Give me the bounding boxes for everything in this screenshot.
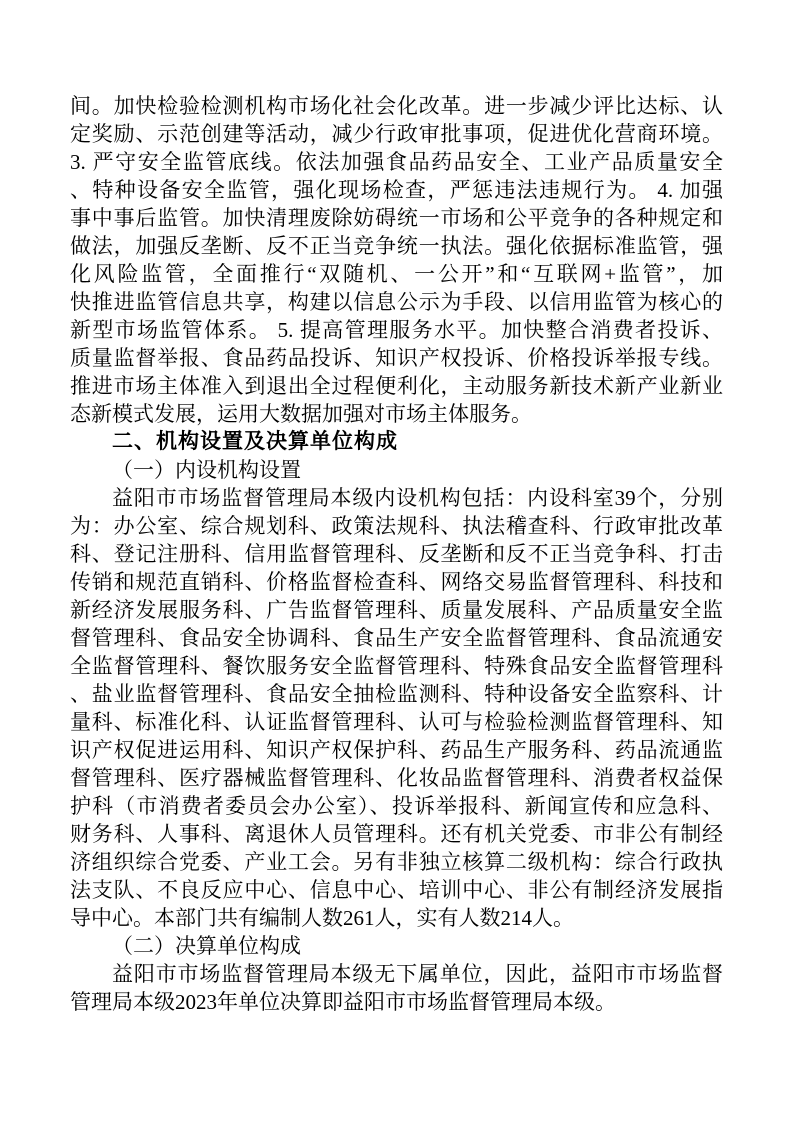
text-line: 做法，加强反垄断、反不正当竞争统一执法。强化依据标准监管，强 (70, 232, 723, 260)
text-line: 督管理科、食品安全协调科、食品生产安全监督管理科、食品流通安 (70, 624, 723, 652)
text-line: 财务科、人事科、离退休人员管理科。还有机关党委、市非公有制经 (70, 820, 723, 848)
text-line: 济组织综合党委、产业工会。另有非独立核算二级机构：综合行政执 (70, 848, 723, 876)
text-line: 、特种设备安全监管，强化现场检查，严惩违法违规行为。 4. 加强 (70, 176, 723, 204)
text-line: 快推进监管信息共享，构建以信息公示为手段、以信用监管为核心的 (70, 288, 723, 316)
text-line: 传销和规范直销科、价格监督检查科、网络交易监督管理科、科技和 (70, 568, 723, 596)
text-line: 新型市场监管体系。 5. 提高管理服务水平。加快整合消费者投诉、 (70, 316, 723, 344)
text-line: 益阳市市场监督管理局本级内设机构包括：内设科室39个，分别 (70, 484, 723, 512)
section-heading: 二、机构设置及决算单位构成 (70, 428, 723, 456)
text-line: 为：办公室、综合规划科、政策法规科、执法稽查科、行政审批改革 (70, 512, 723, 540)
text-line: 间。加快检验检测机构市场化社会化改革。进一步减少评比达标、认 (70, 92, 723, 120)
text-line: 科、登记注册科、信用监督管理科、反垄断和反不正当竞争科、打击 (70, 540, 723, 568)
sub-heading: （二）决算单位构成 (70, 932, 723, 960)
text-line: 管理局本级2023年单位决算即益阳市市场监督管理局本级。 (70, 988, 723, 1016)
text-line: 3. 严守安全监管底线。依法加强食品药品安全、工业产品质量安全 (70, 148, 723, 176)
sub-heading: （一）内设机构设置 (70, 456, 723, 484)
text-line: 、盐业监督管理科、食品安全抽检监测科、特种设备安全监察科、计 (70, 680, 723, 708)
document-lines: 间。加快检验检测机构市场化社会化改革。进一步减少评比达标、认定奖励、示范创建等活… (70, 92, 723, 1016)
text-line: 益阳市市场监督管理局本级无下属单位，因此，益阳市市场监督 (70, 960, 723, 988)
text-line: 化风险监管，全面推行“双随机、一公开”和“互联网+监管”，加 (70, 260, 723, 288)
text-line: 全监督管理科、餐饮服务安全监督管理科、特殊食品安全监督管理科 (70, 652, 723, 680)
text-line: 识产权促进运用科、知识产权保护科、药品生产服务科、药品流通监 (70, 736, 723, 764)
text-line: 事中事后监管。加快清理废除妨碍统一市场和公平竞争的各种规定和 (70, 204, 723, 232)
text-line: 态新模式发展，运用大数据加强对市场主体服务。 (70, 400, 723, 428)
text-line: 量科、标准化科、认证监督管理科、认可与检验检测监督管理科、知 (70, 708, 723, 736)
document-page: 间。加快检验检测机构市场化社会化改革。进一步减少评比达标、认定奖励、示范创建等活… (0, 0, 793, 1122)
text-line: 督管理科、医疗器械监督管理科、化妆品监督管理科、消费者权益保 (70, 764, 723, 792)
text-line: 导中心。本部门共有编制人数261人，实有人数214人。 (70, 904, 723, 932)
text-line: 质量监督举报、食品药品投诉、知识产权投诉、价格投诉举报专线。 (70, 344, 723, 372)
text-line: 新经济发展服务科、广告监督管理科、质量发展科、产品质量安全监 (70, 596, 723, 624)
text-line: 法支队、不良反应中心、信息中心、培训中心、非公有制经济发展指 (70, 876, 723, 904)
text-line: 定奖励、示范创建等活动，减少行政审批事项，促进优化营商环境。 (70, 120, 723, 148)
text-line: 护科（市消费者委员会办公室）、投诉举报科、新闻宣传和应急科、 (70, 792, 723, 820)
text-line: 推进市场主体准入到退出全过程便利化，主动服务新技术新产业新业 (70, 372, 723, 400)
